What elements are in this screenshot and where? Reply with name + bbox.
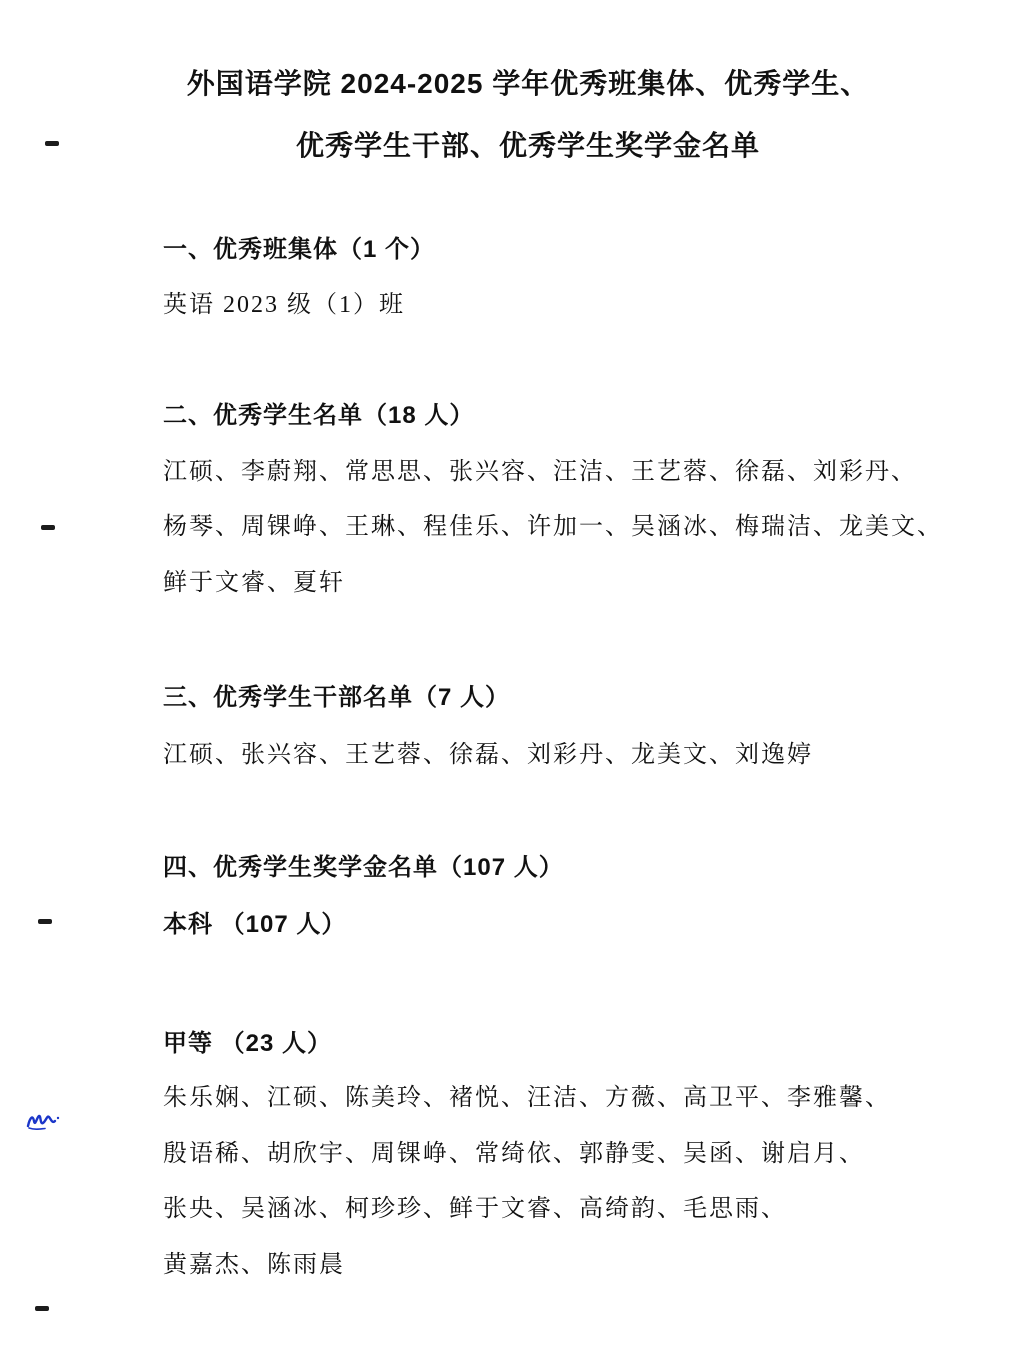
scan-dash-mark-3	[38, 919, 52, 924]
scan-dash-mark-4	[35, 1306, 49, 1311]
grade-a-line-4: 黄嘉杰、陈雨晨	[163, 1250, 345, 1280]
grade-a-line-1: 朱乐娴、江硕、陈美玲、褚悦、汪洁、方薇、高卫平、李雅馨、	[163, 1083, 891, 1113]
section-heading-outstanding-students: 二、优秀学生名单（18 人）	[163, 401, 474, 431]
grade-a-heading: 甲等 （23 人）	[163, 1029, 332, 1059]
outstanding-students-line-1: 江硕、李蔚翔、常思思、张兴容、汪洁、王艺蓉、徐磊、刘彩丹、	[163, 457, 917, 487]
outstanding-students-line-2: 杨琴、周锞峥、王琳、程佳乐、许加一、吴涵冰、梅瑞洁、龙美文、	[163, 512, 943, 542]
document-title-line2: 优秀学生干部、优秀学生奖学金名单	[0, 128, 1024, 164]
section-heading-scholarship: 四、优秀学生奖学金名单（107 人）	[163, 853, 564, 883]
document-page: 外国语学院 2024-2025 学年优秀班集体、优秀学生、 优秀学生干部、优秀学…	[0, 0, 1024, 1347]
scan-dash-mark-1	[45, 141, 59, 146]
section-heading-student-cadres: 三、优秀学生干部名单（7 人）	[163, 683, 510, 713]
section-heading-outstanding-class: 一、优秀班集体（1 个）	[163, 235, 435, 265]
grade-a-line-3: 张央、吴涵冰、柯珍珍、鲜于文睿、高绮韵、毛思雨、	[163, 1194, 787, 1224]
scholarship-undergraduate-subheading: 本科 （107 人）	[163, 910, 346, 940]
outstanding-students-line-3: 鲜于文睿、夏轩	[163, 568, 345, 598]
outstanding-class-line: 英语 2023 级（1）班	[163, 290, 405, 320]
pen-scribble-mark	[24, 1109, 62, 1133]
scan-dash-mark-2	[41, 525, 55, 530]
grade-a-line-2: 殷语稀、胡欣宇、周锞峥、常绮依、郭静雯、吴函、谢启月、	[163, 1139, 865, 1169]
student-cadres-line: 江硕、张兴容、王艺蓉、徐磊、刘彩丹、龙美文、刘逸婷	[163, 740, 813, 770]
document-title-line1: 外国语学院 2024-2025 学年优秀班集体、优秀学生、	[0, 66, 1024, 102]
